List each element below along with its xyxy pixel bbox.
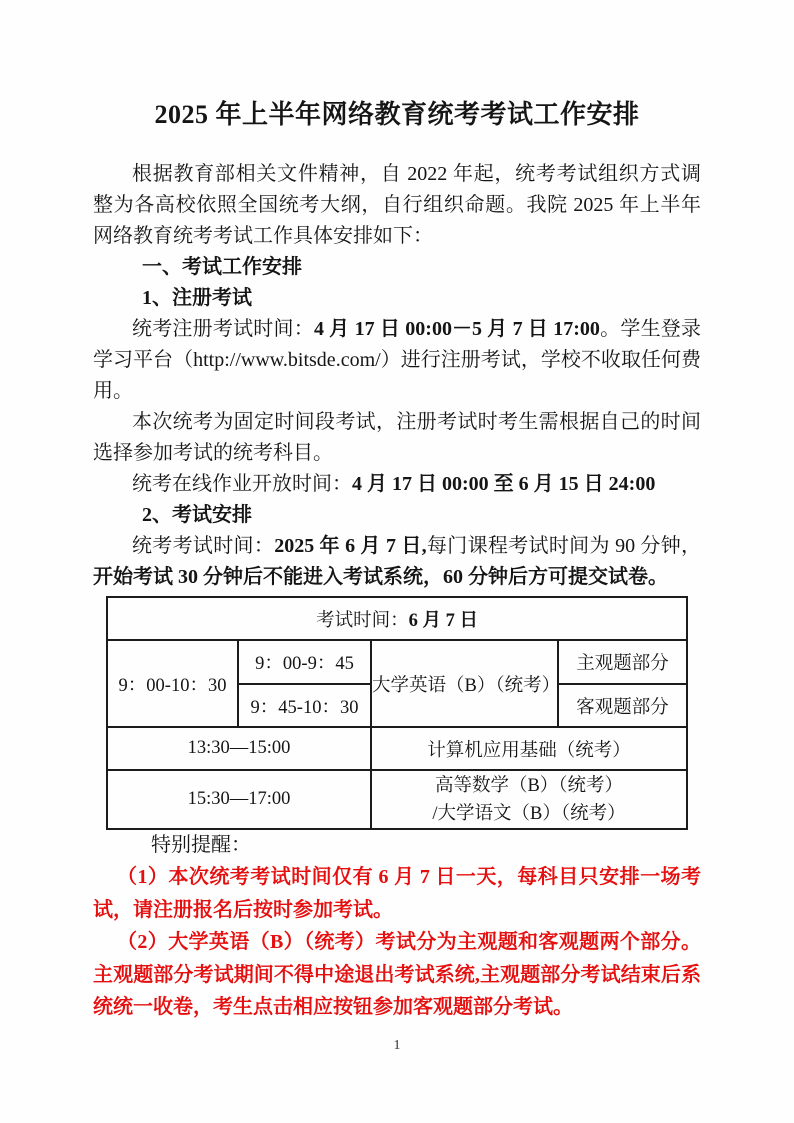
intro-text: 根据教育部相关文件精神，自 2022 年起，统考考试组织方式调整为各高校依照全国… bbox=[93, 163, 701, 247]
morning-slot2-cell: 9：45-10：30 bbox=[238, 684, 371, 727]
table-row-afternoon-1: 13:30—15:00 计算机应用基础（统考） bbox=[107, 727, 687, 770]
reminder-label: 特别提醒： bbox=[93, 830, 701, 861]
english-course-cell: 大学英语（B）（统考） bbox=[371, 640, 558, 727]
table-header-row: 考试时间：6 月 7 日 bbox=[107, 597, 687, 640]
table-header-cell: 考试时间：6 月 7 日 bbox=[107, 597, 687, 640]
morning-total-time-cell: 9：00-10：30 bbox=[107, 640, 238, 727]
register-time-paragraph: 统考注册考试时间：4 月 17 日 00:00－5 月 7 日 17:00。学生… bbox=[93, 314, 701, 407]
subsection-heading-register: 1、注册考试 bbox=[93, 283, 701, 314]
notice-1-paragraph: （1）本次统考考试时间仅有 6 月 7 日一天，每科目只安排一场考试，请注册报名… bbox=[93, 861, 701, 926]
page-number: 1 bbox=[0, 1038, 794, 1054]
section-heading-exam-work: 一、考试工作安排 bbox=[93, 252, 701, 283]
exam-date-bold: 2025 年 6 月 7 日, bbox=[274, 535, 426, 557]
exam-schedule-table: 考试时间：6 月 7 日 9：00-10：30 9：00-9：45 大学英语（B… bbox=[106, 596, 688, 830]
afternoon2-course-cell: 高等数学（B）（统考） /大学语文（B）（统考） bbox=[371, 770, 687, 829]
exam-time-paragraph: 统考考试时间：2025 年 6 月 7 日,每门课程考试时间为 90 分钟，开始… bbox=[93, 531, 701, 593]
fixed-period-paragraph: 本次统考为固定时间段考试，注册考试时考生需根据自己的时间选择参加考试的统考科目。 bbox=[93, 407, 701, 469]
afternoon1-time-cell: 13:30—15:00 bbox=[107, 727, 371, 770]
register-time-bold: 4 月 17 日 00:00－5 月 7 日 17:00 bbox=[314, 318, 600, 340]
afternoon2-course-line2: /大学语文（B）（统考） bbox=[372, 800, 686, 828]
online-homework-lead: 统考在线作业开放时间： bbox=[132, 473, 352, 495]
afternoon1-course-cell: 计算机应用基础（统考） bbox=[371, 727, 687, 770]
intro-paragraph: 根据教育部相关文件精神，自 2022 年起，统考考试组织方式调整为各高校依照全国… bbox=[93, 159, 701, 252]
notice-2-paragraph: （2）大学英语（B）（统考）考试分为主观题和客观题两个部分。主观题部分考试期间不… bbox=[93, 926, 701, 1024]
table-header-label: 考试时间： bbox=[316, 611, 409, 631]
register-lead: 统考注册考试时间： bbox=[132, 318, 314, 340]
exam-time-mid: 每门课程考试时间为 90 分钟， bbox=[427, 535, 701, 557]
exam-time-lead: 统考考试时间： bbox=[132, 535, 274, 557]
table-row-morning-1: 9：00-10：30 9：00-9：45 大学英语（B）（统考） 主观题部分 bbox=[107, 640, 687, 684]
english-part1-cell: 主观题部分 bbox=[558, 640, 687, 684]
document-page: 2025 年上半年网络教育统考考试工作安排 根据教育部相关文件精神，自 2022… bbox=[0, 0, 794, 1123]
online-homework-paragraph: 统考在线作业开放时间：4 月 17 日 00:00 至 6 月 15 日 24:… bbox=[93, 469, 701, 500]
table-header-date: 6 月 7 日 bbox=[409, 611, 478, 631]
afternoon2-time-cell: 15:30—17:00 bbox=[107, 770, 371, 829]
online-homework-time-bold: 4 月 17 日 00:00 至 6 月 15 日 24:00 bbox=[352, 473, 655, 495]
table-row-afternoon-2: 15:30—17:00 高等数学（B）（统考） /大学语文（B）（统考） bbox=[107, 770, 687, 829]
morning-slot1-cell: 9：00-9：45 bbox=[238, 640, 371, 684]
english-part2-cell: 客观题部分 bbox=[558, 684, 687, 727]
subsection-heading-schedule: 2、考试安排 bbox=[93, 500, 701, 531]
page-title: 2025 年上半年网络教育统考考试工作安排 bbox=[93, 97, 701, 133]
fixed-period-text: 本次统考为固定时间段考试，注册考试时考生需根据自己的时间选择参加考试的统考科目。 bbox=[93, 411, 701, 464]
afternoon2-course-line1: 高等数学（B）（统考） bbox=[372, 772, 686, 800]
exam-rule-bold: 开始考试 30 分钟后不能进入考试系统，60 分钟后方可提交试卷。 bbox=[93, 566, 668, 588]
